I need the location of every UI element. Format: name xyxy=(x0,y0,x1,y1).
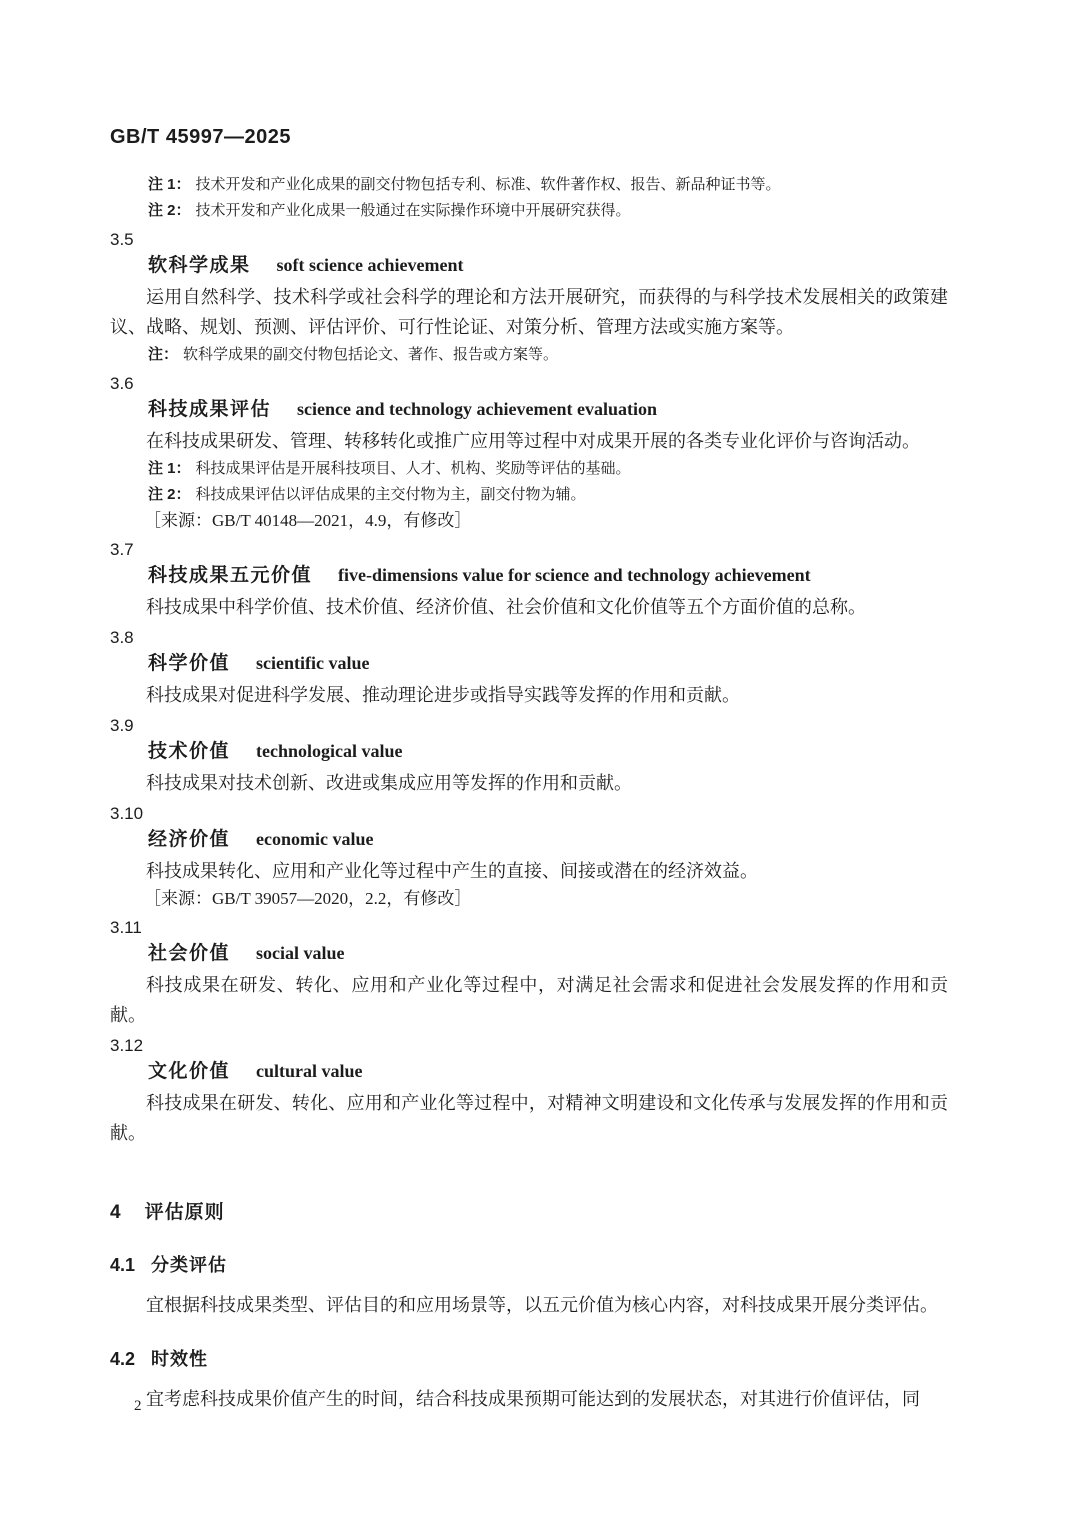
note-label: 注 1： xyxy=(148,460,191,477)
term-zh: 科技成果五元价值 xyxy=(148,565,312,586)
definition: 在科技成果研发、管理、转移转化或推广应用等过程中对成果开展的各类专业化评价与咨询… xyxy=(110,426,948,456)
clause-number: 3.8 xyxy=(110,628,948,648)
note-text: 科技成果评估是开展科技项目、人才、机构、奖励等评估的基础。 xyxy=(196,461,631,477)
term-zh: 科技成果评估 xyxy=(148,399,271,420)
note-text: 软科学成果的副交付物包括论文、著作、报告或方案等。 xyxy=(183,347,558,363)
term-en: science and technology achievement evalu… xyxy=(297,399,657,419)
definition: 科技成果对技术创新、改进或集成应用等发挥的作用和贡献。 xyxy=(110,768,948,798)
clause-number: 3.5 xyxy=(110,230,948,250)
definition: 科技成果对促进科学发展、推动理论进步或指导实践等发挥的作用和贡献。 xyxy=(110,680,948,710)
term-zh: 社会价值 xyxy=(148,943,230,964)
clause-number: 4.2 xyxy=(110,1349,135,1369)
clause-title: 评估原则 xyxy=(145,1202,225,1223)
note-label: 注 2： xyxy=(148,486,191,503)
clause-title: 时效性 xyxy=(151,1349,208,1369)
term-zh: 经济价值 xyxy=(148,829,230,850)
note-label: 注 2： xyxy=(148,202,191,219)
term-line: 科学价值scientific value xyxy=(110,650,948,678)
note: 注 2：技术开发和产业化成果一般通过在实际操作环境中开展研究获得。 xyxy=(110,198,948,224)
term-line: 社会价值social value xyxy=(110,940,948,968)
clause-4-1-paragraph: 宜根据科技成果类型、评估目的和应用场景等，以五元价值为核心内容，对科技成果开展分… xyxy=(110,1290,948,1320)
clause-number: 3.11 xyxy=(110,918,948,938)
clause-title: 分类评估 xyxy=(151,1255,227,1275)
term-entry-3-8: 3.8 科学价值scientific value 科技成果对促进科学发展、推动理… xyxy=(110,628,948,710)
term-en: five-dimensions value for science and te… xyxy=(338,565,811,585)
clause-number: 4 xyxy=(110,1202,121,1223)
note-text: 技术开发和产业化成果一般通过在实际操作环境中开展研究获得。 xyxy=(196,203,631,219)
source-reference: ［来源：GB/T 40148—2021，4.9，有修改］ xyxy=(110,508,948,534)
term-line: 文化价值cultural value xyxy=(110,1058,948,1086)
term-entry-3-6: 3.6 科技成果评估science and technology achieve… xyxy=(110,374,948,534)
clause-number: 3.12 xyxy=(110,1036,948,1056)
definition: 科技成果在研发、转化、应用和产业化等过程中，对精神文明建设和文化传承与发展发挥的… xyxy=(110,1088,948,1148)
term-en: scientific value xyxy=(256,653,369,673)
note: 注 1：科技成果评估是开展科技项目、人才、机构、奖励等评估的基础。 xyxy=(110,456,948,482)
top-notes: 注 1：技术开发和产业化成果的副交付物包括专利、标准、软件著作权、报告、新品种证… xyxy=(110,172,948,224)
term-line: 软科学成果soft science achievement xyxy=(110,252,948,280)
note: 注 2：科技成果评估以评估成果的主交付物为主，副交付物为辅。 xyxy=(110,482,948,508)
term-zh: 技术价值 xyxy=(148,741,230,762)
note-text: 技术开发和产业化成果的副交付物包括专利、标准、软件著作权、报告、新品种证书等。 xyxy=(196,177,781,193)
term-entry-3-10: 3.10 经济价值economic value 科技成果转化、应用和产业化等过程… xyxy=(110,804,948,912)
term-entry-3-9: 3.9 技术价值technological value 科技成果对技术创新、改进… xyxy=(110,716,948,798)
definition: 运用自然科学、技术科学或社会科学的理论和方法开展研究，而获得的与科学技术发展相关… xyxy=(110,282,948,342)
note: 注：软科学成果的副交付物包括论文、著作、报告或方案等。 xyxy=(110,342,948,368)
term-en: social value xyxy=(256,943,345,963)
term-entry-3-12: 3.12 文化价值cultural value 科技成果在研发、转化、应用和产业… xyxy=(110,1036,948,1148)
clause-number: 3.10 xyxy=(110,804,948,824)
note-label: 注： xyxy=(148,346,178,363)
definition: 科技成果中科学价值、技术价值、经济价值、社会价值和文化价值等五个方面价值的总称。 xyxy=(110,592,948,622)
clause-number: 3.9 xyxy=(110,716,948,736)
clause-4-2-paragraph: 宜考虑科技成果价值产生的时间，结合科技成果预期可能达到的发展状态，对其进行价值评… xyxy=(110,1384,948,1414)
note-text: 科技成果评估以评估成果的主交付物为主，副交付物为辅。 xyxy=(196,487,586,503)
term-en: economic value xyxy=(256,829,373,849)
clause-4-2-heading: 4.2时效性 xyxy=(110,1346,948,1372)
term-line: 经济价值economic value xyxy=(110,826,948,854)
definition: 科技成果在研发、转化、应用和产业化等过程中，对满足社会需求和促进社会发展发挥的作… xyxy=(110,970,948,1030)
term-line: 科技成果五元价值five-dimensions value for scienc… xyxy=(110,562,948,590)
clause-4: 4评估原则 4.1分类评估 宜根据科技成果类型、评估目的和应用场景等，以五元价值… xyxy=(110,1200,948,1414)
clause-number: 4.1 xyxy=(110,1255,135,1275)
term-entry-3-7: 3.7 科技成果五元价值five-dimensions value for sc… xyxy=(110,540,948,622)
term-en: cultural value xyxy=(256,1061,363,1081)
term-en: technological value xyxy=(256,741,403,761)
term-line: 技术价值technological value xyxy=(110,738,948,766)
term-zh: 文化价值 xyxy=(148,1061,230,1082)
source-reference: ［来源：GB/T 39057—2020，2.2，有修改］ xyxy=(110,886,948,912)
note-label: 注 1： xyxy=(148,176,191,193)
clause-4-heading: 4评估原则 xyxy=(110,1200,948,1226)
clause-number: 3.6 xyxy=(110,374,948,394)
page-number: 2 xyxy=(134,1396,142,1416)
term-entry-3-11: 3.11 社会价值social value 科技成果在研发、转化、应用和产业化等… xyxy=(110,918,948,1030)
note: 注 1：技术开发和产业化成果的副交付物包括专利、标准、软件著作权、报告、新品种证… xyxy=(110,172,948,198)
doc-code: GB/T 45997—2025 xyxy=(110,126,948,148)
term-zh: 软科学成果 xyxy=(148,255,251,276)
document-page: GB/T 45997—2025 注 1：技术开发和产业化成果的副交付物包括专利、… xyxy=(0,0,1074,1520)
term-zh: 科学价值 xyxy=(148,653,230,674)
term-entry-3-5: 3.5 软科学成果soft science achievement 运用自然科学… xyxy=(110,230,948,368)
clause-4-1-heading: 4.1分类评估 xyxy=(110,1252,948,1278)
term-en: soft science achievement xyxy=(277,255,464,275)
term-line: 科技成果评估science and technology achievement… xyxy=(110,396,948,424)
definition: 科技成果转化、应用和产业化等过程中产生的直接、间接或潜在的经济效益。 xyxy=(110,856,948,886)
clause-number: 3.7 xyxy=(110,540,948,560)
